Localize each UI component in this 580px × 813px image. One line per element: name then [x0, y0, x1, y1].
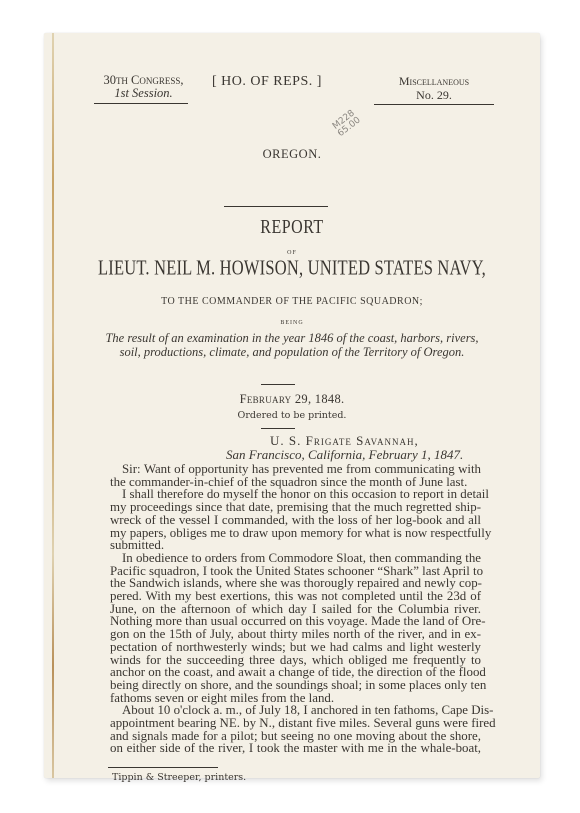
- body-line: pectation of northwesterly winds; but we…: [110, 641, 481, 654]
- pencil-annotation: M228 65.00: [331, 109, 362, 139]
- title-rule: [224, 206, 328, 207]
- header-right-rule: [374, 104, 494, 105]
- body-line: appointment bearing NE. by N., distant f…: [110, 717, 481, 730]
- body-line: Sir: Want of opportunity has prevented m…: [110, 463, 481, 476]
- date-line: February 29, 1848.: [44, 392, 540, 407]
- body-line: pered. With my best exertions, this was …: [110, 590, 481, 603]
- body-line: my proceedings since that date, premisin…: [110, 501, 481, 514]
- body-line: wreck of the vessel I commanded, with th…: [110, 514, 481, 527]
- document-number-label: Miscellaneous No. 29.: [374, 74, 494, 102]
- body-line: In obedience to orders from Commodore Sl…: [110, 552, 481, 565]
- misc-label: Miscellaneous: [374, 74, 494, 88]
- letter-heading-place-date: San Francisco, California, February 1, 1…: [226, 447, 463, 463]
- house-label: [ HO. OF REPS. ]: [212, 74, 322, 90]
- congress-session-label: 30th Congress, 1st Session.: [91, 74, 196, 100]
- being-label: BEING: [44, 320, 540, 326]
- date-top-rule: [261, 384, 295, 385]
- author-line: LIEUT. NEIL M. HOWISON, UNITED STATES NA…: [44, 256, 540, 281]
- body-line: my papers, obliges me to draw upon memor…: [110, 527, 481, 540]
- document-page: 30th Congress, 1st Session. [ HO. OF REP…: [44, 33, 540, 778]
- report-title: REPORT: [44, 217, 540, 240]
- printers-rule: [108, 767, 218, 768]
- letter-body: Sir: Want of opportunity has prevented m…: [110, 463, 481, 755]
- ordered-printed-line: Ordered to be printed.: [44, 410, 540, 421]
- body-line: gon on the 15th of July, about thirty mi…: [110, 628, 481, 641]
- date-bottom-rule: [261, 428, 295, 429]
- printers-imprint: Tippin & Streeper, printers.: [112, 772, 246, 783]
- subject-heading: OREGON.: [44, 147, 540, 162]
- body-line: on either side of the river, I took the …: [110, 742, 481, 755]
- header-left-rule: [94, 103, 188, 104]
- number-label: No. 29.: [374, 88, 494, 102]
- session-label: 1st Session.: [91, 87, 196, 100]
- recipient-line: TO THE COMMANDER OF THE PACIFIC SQUADRON…: [44, 296, 540, 307]
- description-line-2: soil, productions, climate, and populati…: [44, 345, 540, 360]
- description-line-1: The result of an examination in the year…: [44, 331, 540, 346]
- body-line: being directly on shore, and the soundin…: [110, 679, 481, 692]
